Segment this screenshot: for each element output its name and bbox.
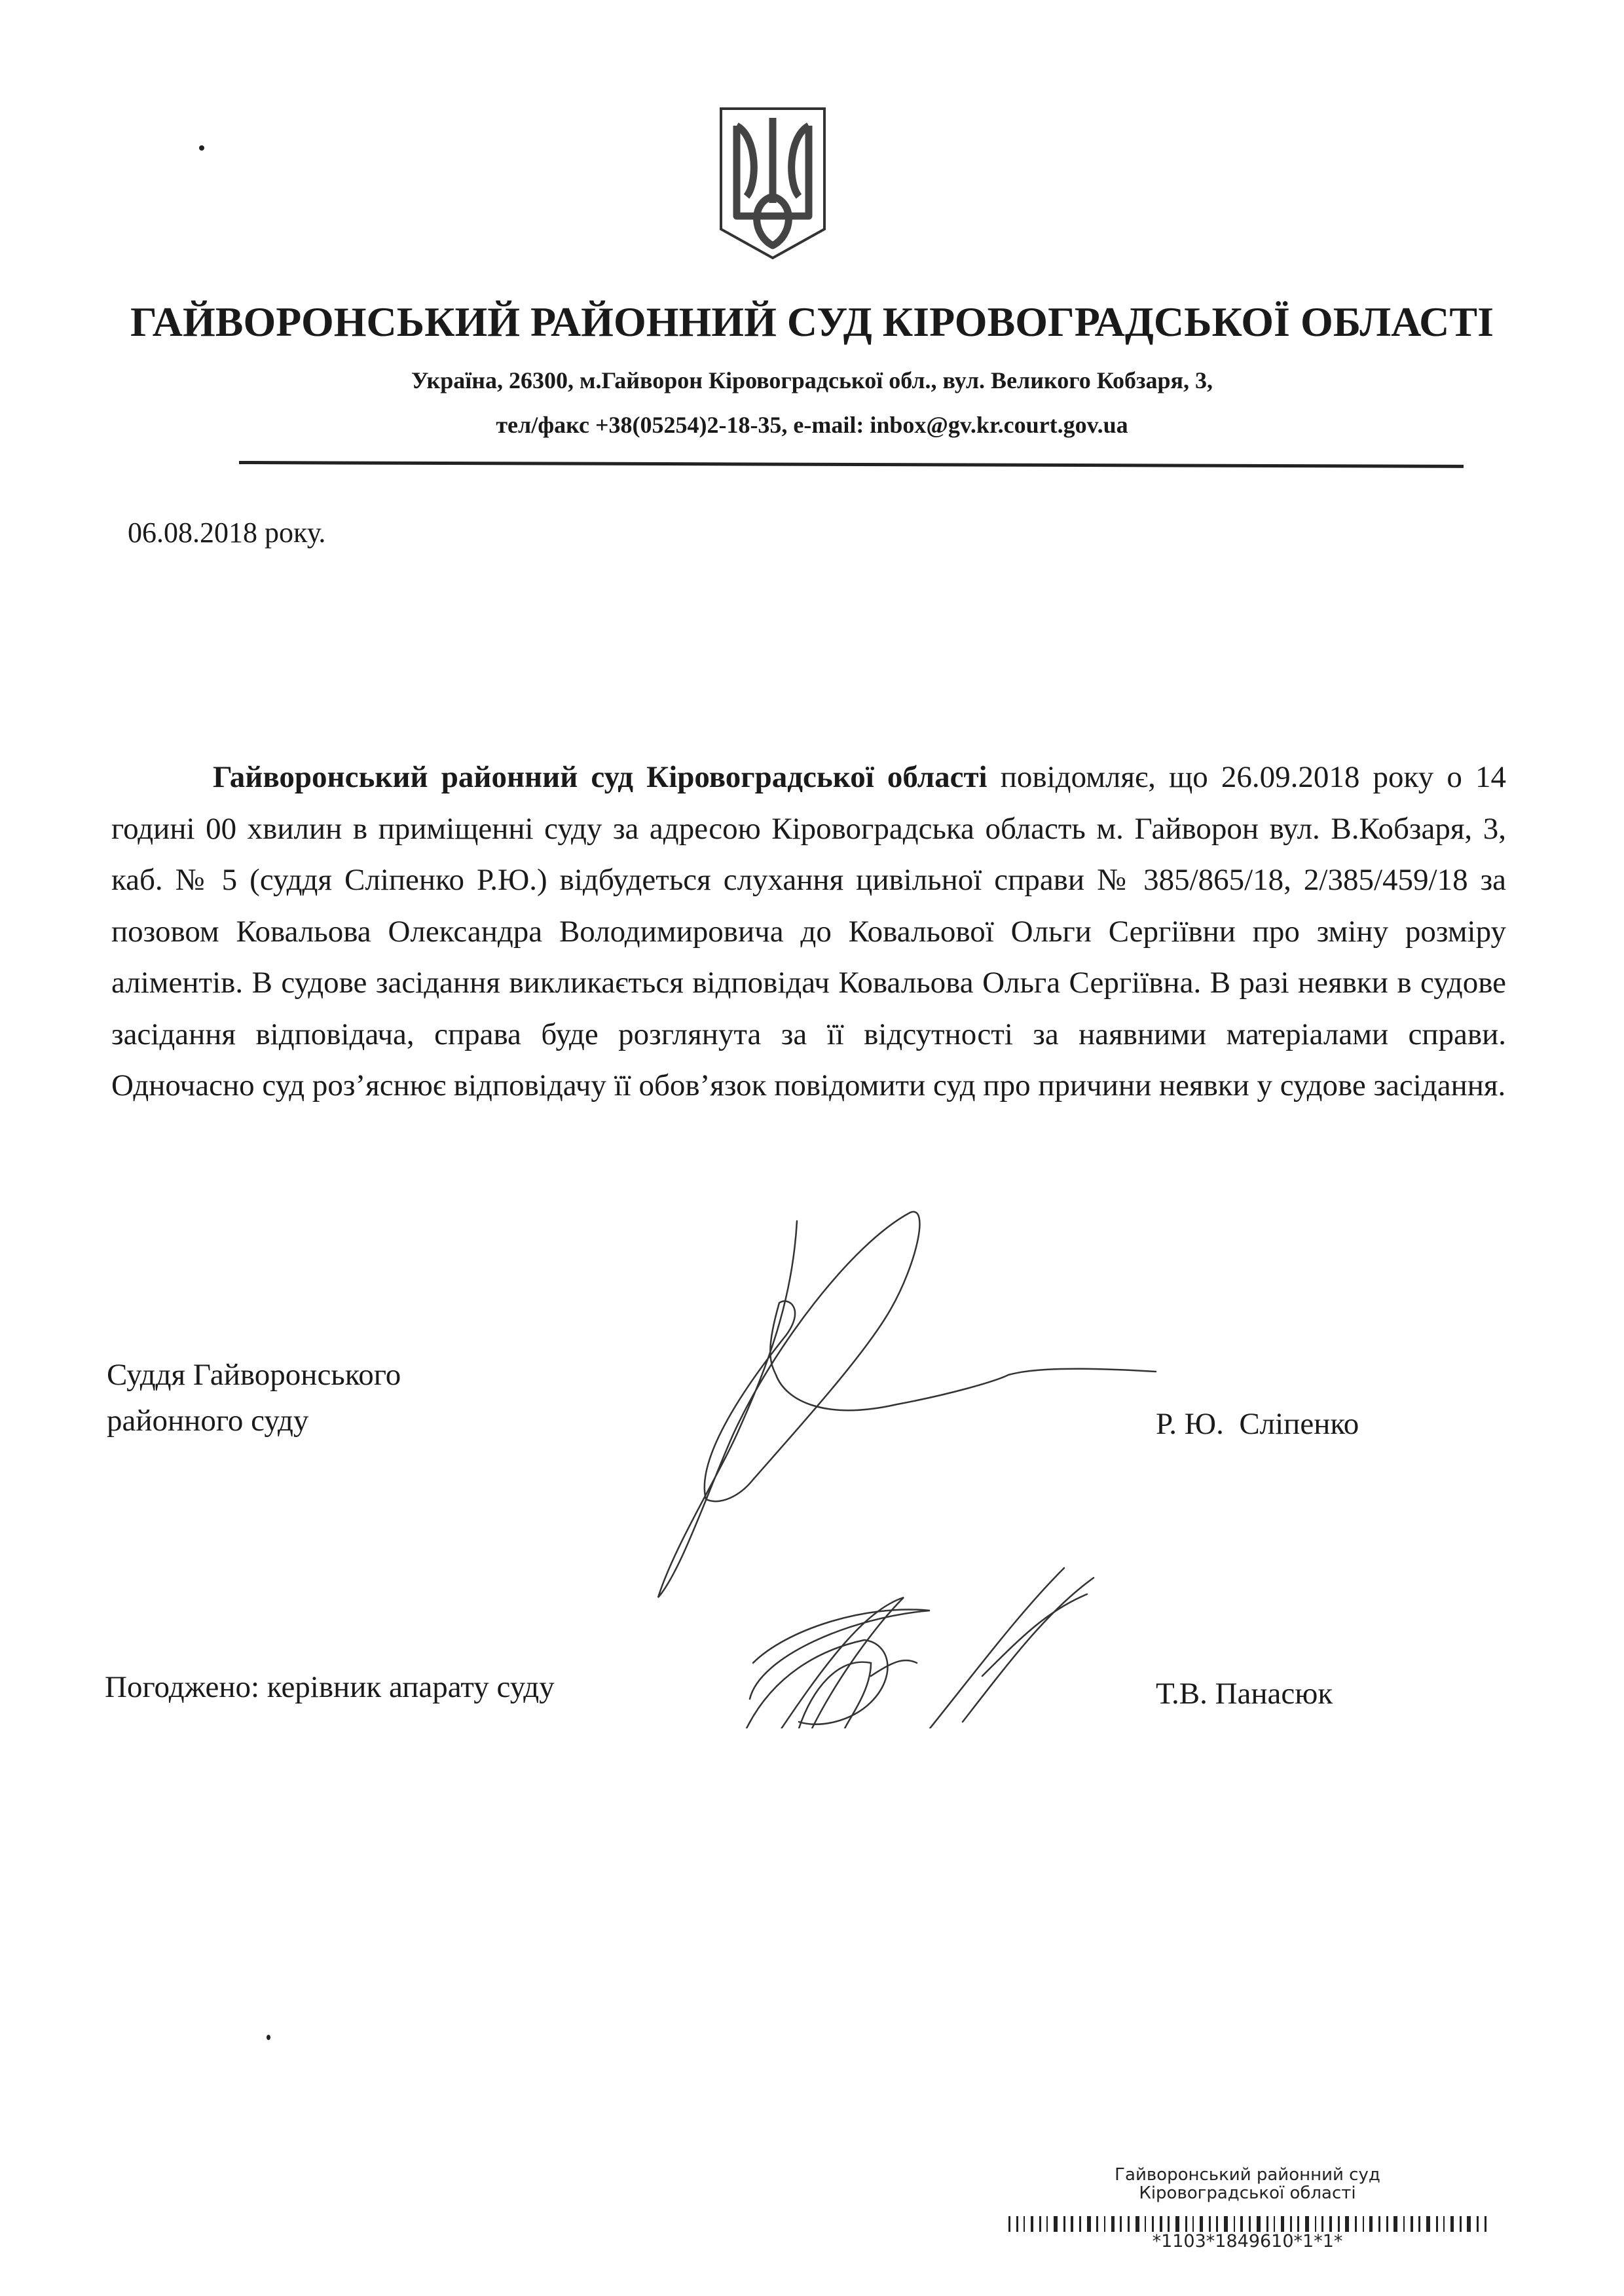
- judge-label-line1: Суддя Гайворонського: [107, 1352, 401, 1398]
- barcode-icon: [1008, 2216, 1486, 2232]
- registry-stamp: Гайворонський районний суд Кіровоградськ…: [1008, 2166, 1486, 2202]
- court-address: Україна, 26300, м.Гайворон Кіровоградськ…: [0, 367, 1624, 394]
- trident-emblem-icon: [717, 105, 828, 262]
- header-divider: [239, 461, 1464, 468]
- notice-text: повідомляє, що 26.09.2018 року о 14 годи…: [111, 760, 1506, 1102]
- court-title: ГАЙВОРОНСЬКИЙ РАЙОННИЙ СУД КІРОВОГРАДСЬК…: [0, 298, 1624, 346]
- barcode-number: *1103*1849610*1*1*: [1008, 2231, 1486, 2251]
- judge-label-line2: районного суду: [107, 1398, 401, 1444]
- court-contact: тел/факс +38(05254)2-18-35, e-mail: inbo…: [0, 411, 1624, 439]
- scan-speck: [267, 2035, 270, 2040]
- notice-body: Гайворонський районний суд Кіровоградськ…: [111, 752, 1506, 1112]
- approved-label: Погоджено: керівник апарату суду: [105, 1669, 555, 1705]
- notice-lead: Гайворонський районний суд Кіровоградськ…: [213, 760, 987, 794]
- stamp-line1: Гайворонський районний суд: [1008, 2166, 1486, 2184]
- stamp-line2: Кіровоградської області: [1008, 2184, 1486, 2202]
- scan-speck: [199, 145, 204, 151]
- handwritten-signatures-icon: [655, 1205, 1310, 1728]
- judge-label: Суддя Гайворонського районного суду: [107, 1352, 401, 1444]
- document-date: 06.08.2018 року.: [128, 516, 325, 549]
